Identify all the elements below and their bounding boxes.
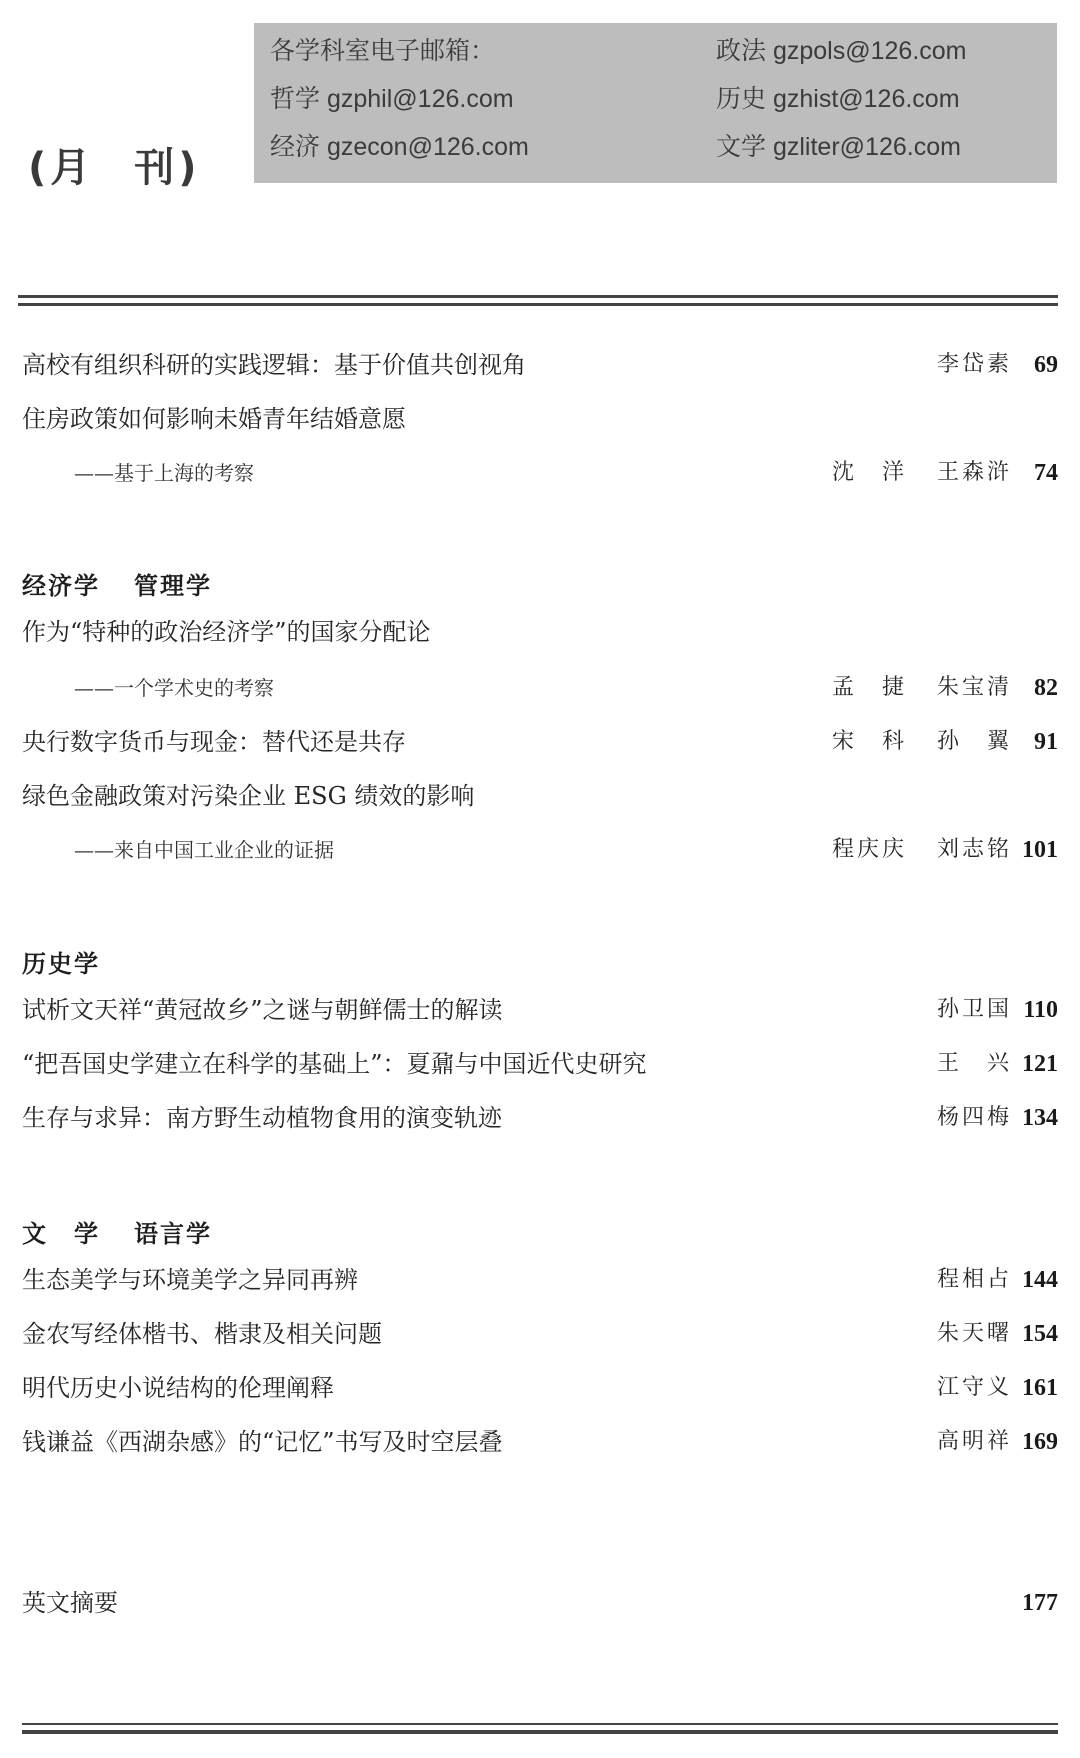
toc-entry-subtitle-row: ——一个学术史的考察 孟 捷 朱宝清 82: [22, 668, 1058, 708]
article-title[interactable]: “把吾国史学建立在科学的基础上”：夏鼐与中国近代史研究: [22, 1044, 647, 1084]
toc-entry-subtitle-row: ——来自中国工业企业的证据 程庆庆 刘志铭 101: [22, 830, 1058, 870]
article-title[interactable]: 金农写经体楷书、楷隶及相关问题: [22, 1314, 382, 1354]
email-subject: 文学: [716, 133, 766, 161]
entry-meta: 高明祥 169: [937, 1422, 1058, 1462]
email-entry-literature: 文学 gzliter@126.com: [716, 127, 961, 163]
page-number: 69: [1022, 345, 1058, 385]
article-author: 刘志铭: [937, 830, 1012, 870]
article-author: 朱宝清: [937, 668, 1012, 708]
page-number: 161: [1022, 1368, 1058, 1408]
page-number: 169: [1022, 1422, 1058, 1462]
email-link[interactable]: gzpols@126.com: [773, 37, 967, 65]
article-author: 李岱素: [937, 345, 1012, 385]
frequency-label-month: (月: [28, 145, 94, 191]
toc-entry[interactable]: 钱谦益《西湖杂感》的“记忆”书写及时空层叠 高明祥 169: [22, 1422, 1058, 1462]
email-entry-economics: 经济 gzecon@126.com: [270, 127, 529, 163]
page-number: 121: [1022, 1044, 1058, 1084]
section-heading-economics-management: 经济学管理学: [22, 566, 212, 601]
page-number: 110: [1022, 990, 1058, 1030]
entry-meta: 程相占 144: [937, 1260, 1058, 1300]
article-author: 王 兴: [937, 1044, 1012, 1084]
email-link[interactable]: gzhist@126.com: [773, 85, 960, 113]
section-heading-literature-linguistics: 文 学语言学: [22, 1214, 212, 1249]
entry-meta: 沈 洋 王森浒 74: [832, 453, 1058, 493]
article-author: 孙卫国: [937, 990, 1012, 1030]
article-author: 孙 翼: [937, 722, 1012, 762]
article-author: 杨四梅: [937, 1098, 1012, 1138]
section-heading-part: 管理学: [134, 572, 212, 600]
email-box-heading: 各学科室电子邮箱：: [270, 31, 495, 67]
article-title[interactable]: 高校有组织科研的实践逻辑：基于价值共创视角: [22, 345, 526, 385]
entry-meta: 李岱素 69: [937, 345, 1058, 385]
entry-meta: 孙卫国 110: [937, 990, 1058, 1030]
article-title[interactable]: 央行数字货币与现金：替代还是共存: [22, 722, 406, 762]
toc-entry[interactable]: 生态美学与环境美学之异同再辨 程相占 144: [22, 1260, 1058, 1300]
top-divider-thin: [18, 303, 1058, 306]
article-author: 王森浒: [937, 453, 1012, 493]
section-heading-history: 历史学: [22, 944, 100, 979]
email-contact-box: 各学科室电子邮箱： 政法 gzpols@126.com 哲学 gzphil@12…: [254, 23, 1057, 183]
toc-entry[interactable]: 住房政策如何影响未婚青年结婚意愿: [22, 399, 1058, 439]
section-heading-part: 文 学: [22, 1220, 100, 1248]
toc-entry[interactable]: 金农写经体楷书、楷隶及相关问题 朱天曙 154: [22, 1314, 1058, 1354]
page-number: 101: [1022, 830, 1058, 870]
frequency-label-publication: 刊): [134, 145, 200, 191]
article-title[interactable]: 明代历史小说结构的伦理阐释: [22, 1368, 334, 1408]
entry-meta: 朱天曙 154: [937, 1314, 1058, 1354]
article-title[interactable]: 作为“特种的政治经济学”的国家分配论: [22, 612, 431, 652]
toc-entry-english-abstracts[interactable]: 英文摘要 177: [22, 1583, 1058, 1623]
article-author: 程相占: [937, 1260, 1012, 1300]
article-author: 孟 捷: [832, 668, 907, 708]
email-link[interactable]: gzliter@126.com: [773, 133, 961, 161]
toc-entry[interactable]: 央行数字货币与现金：替代还是共存 宋 科 孙 翼 91: [22, 722, 1058, 762]
email-entry-history: 历史 gzhist@126.com: [716, 79, 960, 115]
entry-meta: 宋 科 孙 翼 91: [832, 722, 1058, 762]
email-entry-philosophy: 哲学 gzphil@126.com: [270, 79, 514, 115]
toc-entry[interactable]: 高校有组织科研的实践逻辑：基于价值共创视角 李岱素 69: [22, 345, 1058, 385]
entry-meta: 王 兴 121: [937, 1044, 1058, 1084]
toc-entry[interactable]: 明代历史小说结构的伦理阐释 江守义 161: [22, 1368, 1058, 1408]
page-number: 82: [1022, 668, 1058, 708]
section-heading-part: 经济学: [22, 572, 100, 600]
page-number: 177: [1022, 1583, 1058, 1623]
article-title[interactable]: 绿色金融政策对污染企业 ESG 绩效的影响: [22, 776, 474, 816]
page-number: 91: [1022, 722, 1058, 762]
article-subtitle: ——基于上海的考察: [74, 453, 254, 493]
publication-frequency-label: (月刊): [28, 136, 201, 193]
email-subject: 哲学: [270, 85, 320, 113]
article-author: 江守义: [937, 1368, 1012, 1408]
article-author: 朱天曙: [937, 1314, 1012, 1354]
email-subject: 政法: [716, 37, 766, 65]
email-entry-politics-law: 政法 gzpols@126.com: [716, 31, 967, 67]
toc-entry[interactable]: 生存与求异：南方野生动植物食用的演变轨迹 杨四梅 134: [22, 1098, 1058, 1138]
bottom-divider-thin: [22, 1723, 1058, 1725]
entry-meta: 孟 捷 朱宝清 82: [832, 668, 1058, 708]
article-title[interactable]: 钱谦益《西湖杂感》的“记忆”书写及时空层叠: [22, 1422, 503, 1462]
article-title[interactable]: 住房政策如何影响未婚青年结婚意愿: [22, 399, 406, 439]
article-title[interactable]: 生存与求异：南方野生动植物食用的演变轨迹: [22, 1098, 502, 1138]
article-author: 高明祥: [937, 1422, 1012, 1462]
toc-entry[interactable]: 试析文天祥“黄冠故乡”之谜与朝鲜儒士的解读 孙卫国 110: [22, 990, 1058, 1030]
article-title[interactable]: 试析文天祥“黄冠故乡”之谜与朝鲜儒士的解读: [22, 990, 503, 1030]
entry-meta: 程庆庆 刘志铭 101: [832, 830, 1058, 870]
article-subtitle: ——来自中国工业企业的证据: [74, 830, 334, 870]
page-number: 144: [1022, 1260, 1058, 1300]
entry-meta: 杨四梅 134: [937, 1098, 1058, 1138]
english-abstracts-title[interactable]: 英文摘要: [22, 1583, 118, 1623]
entry-meta: 江守义 161: [937, 1368, 1058, 1408]
article-author: 宋 科: [832, 722, 907, 762]
toc-entry[interactable]: “把吾国史学建立在科学的基础上”：夏鼐与中国近代史研究 王 兴 121: [22, 1044, 1058, 1084]
toc-entry[interactable]: 作为“特种的政治经济学”的国家分配论: [22, 612, 1058, 652]
top-divider-thick: [18, 295, 1058, 298]
article-author: 程庆庆: [832, 830, 907, 870]
page-number: 74: [1022, 453, 1058, 493]
toc-entry[interactable]: 绿色金融政策对污染企业 ESG 绩效的影响: [22, 776, 1058, 816]
section-heading-part: 历史学: [22, 950, 100, 978]
bottom-divider-thick: [22, 1730, 1058, 1734]
section-heading-part: 语言学: [134, 1220, 212, 1248]
entry-meta: 177: [1012, 1583, 1058, 1623]
email-subject: 经济: [270, 133, 320, 161]
article-title[interactable]: 生态美学与环境美学之异同再辨: [22, 1260, 358, 1300]
toc-entry-subtitle-row: ——基于上海的考察 沈 洋 王森浒 74: [22, 453, 1058, 493]
article-subtitle: ——一个学术史的考察: [74, 668, 274, 708]
email-link[interactable]: gzphil@126.com: [327, 85, 514, 113]
page-number: 134: [1022, 1098, 1058, 1138]
email-link[interactable]: gzecon@126.com: [327, 133, 529, 161]
article-author: 沈 洋: [832, 453, 907, 493]
email-subject: 历史: [716, 85, 766, 113]
page-number: 154: [1022, 1314, 1058, 1354]
